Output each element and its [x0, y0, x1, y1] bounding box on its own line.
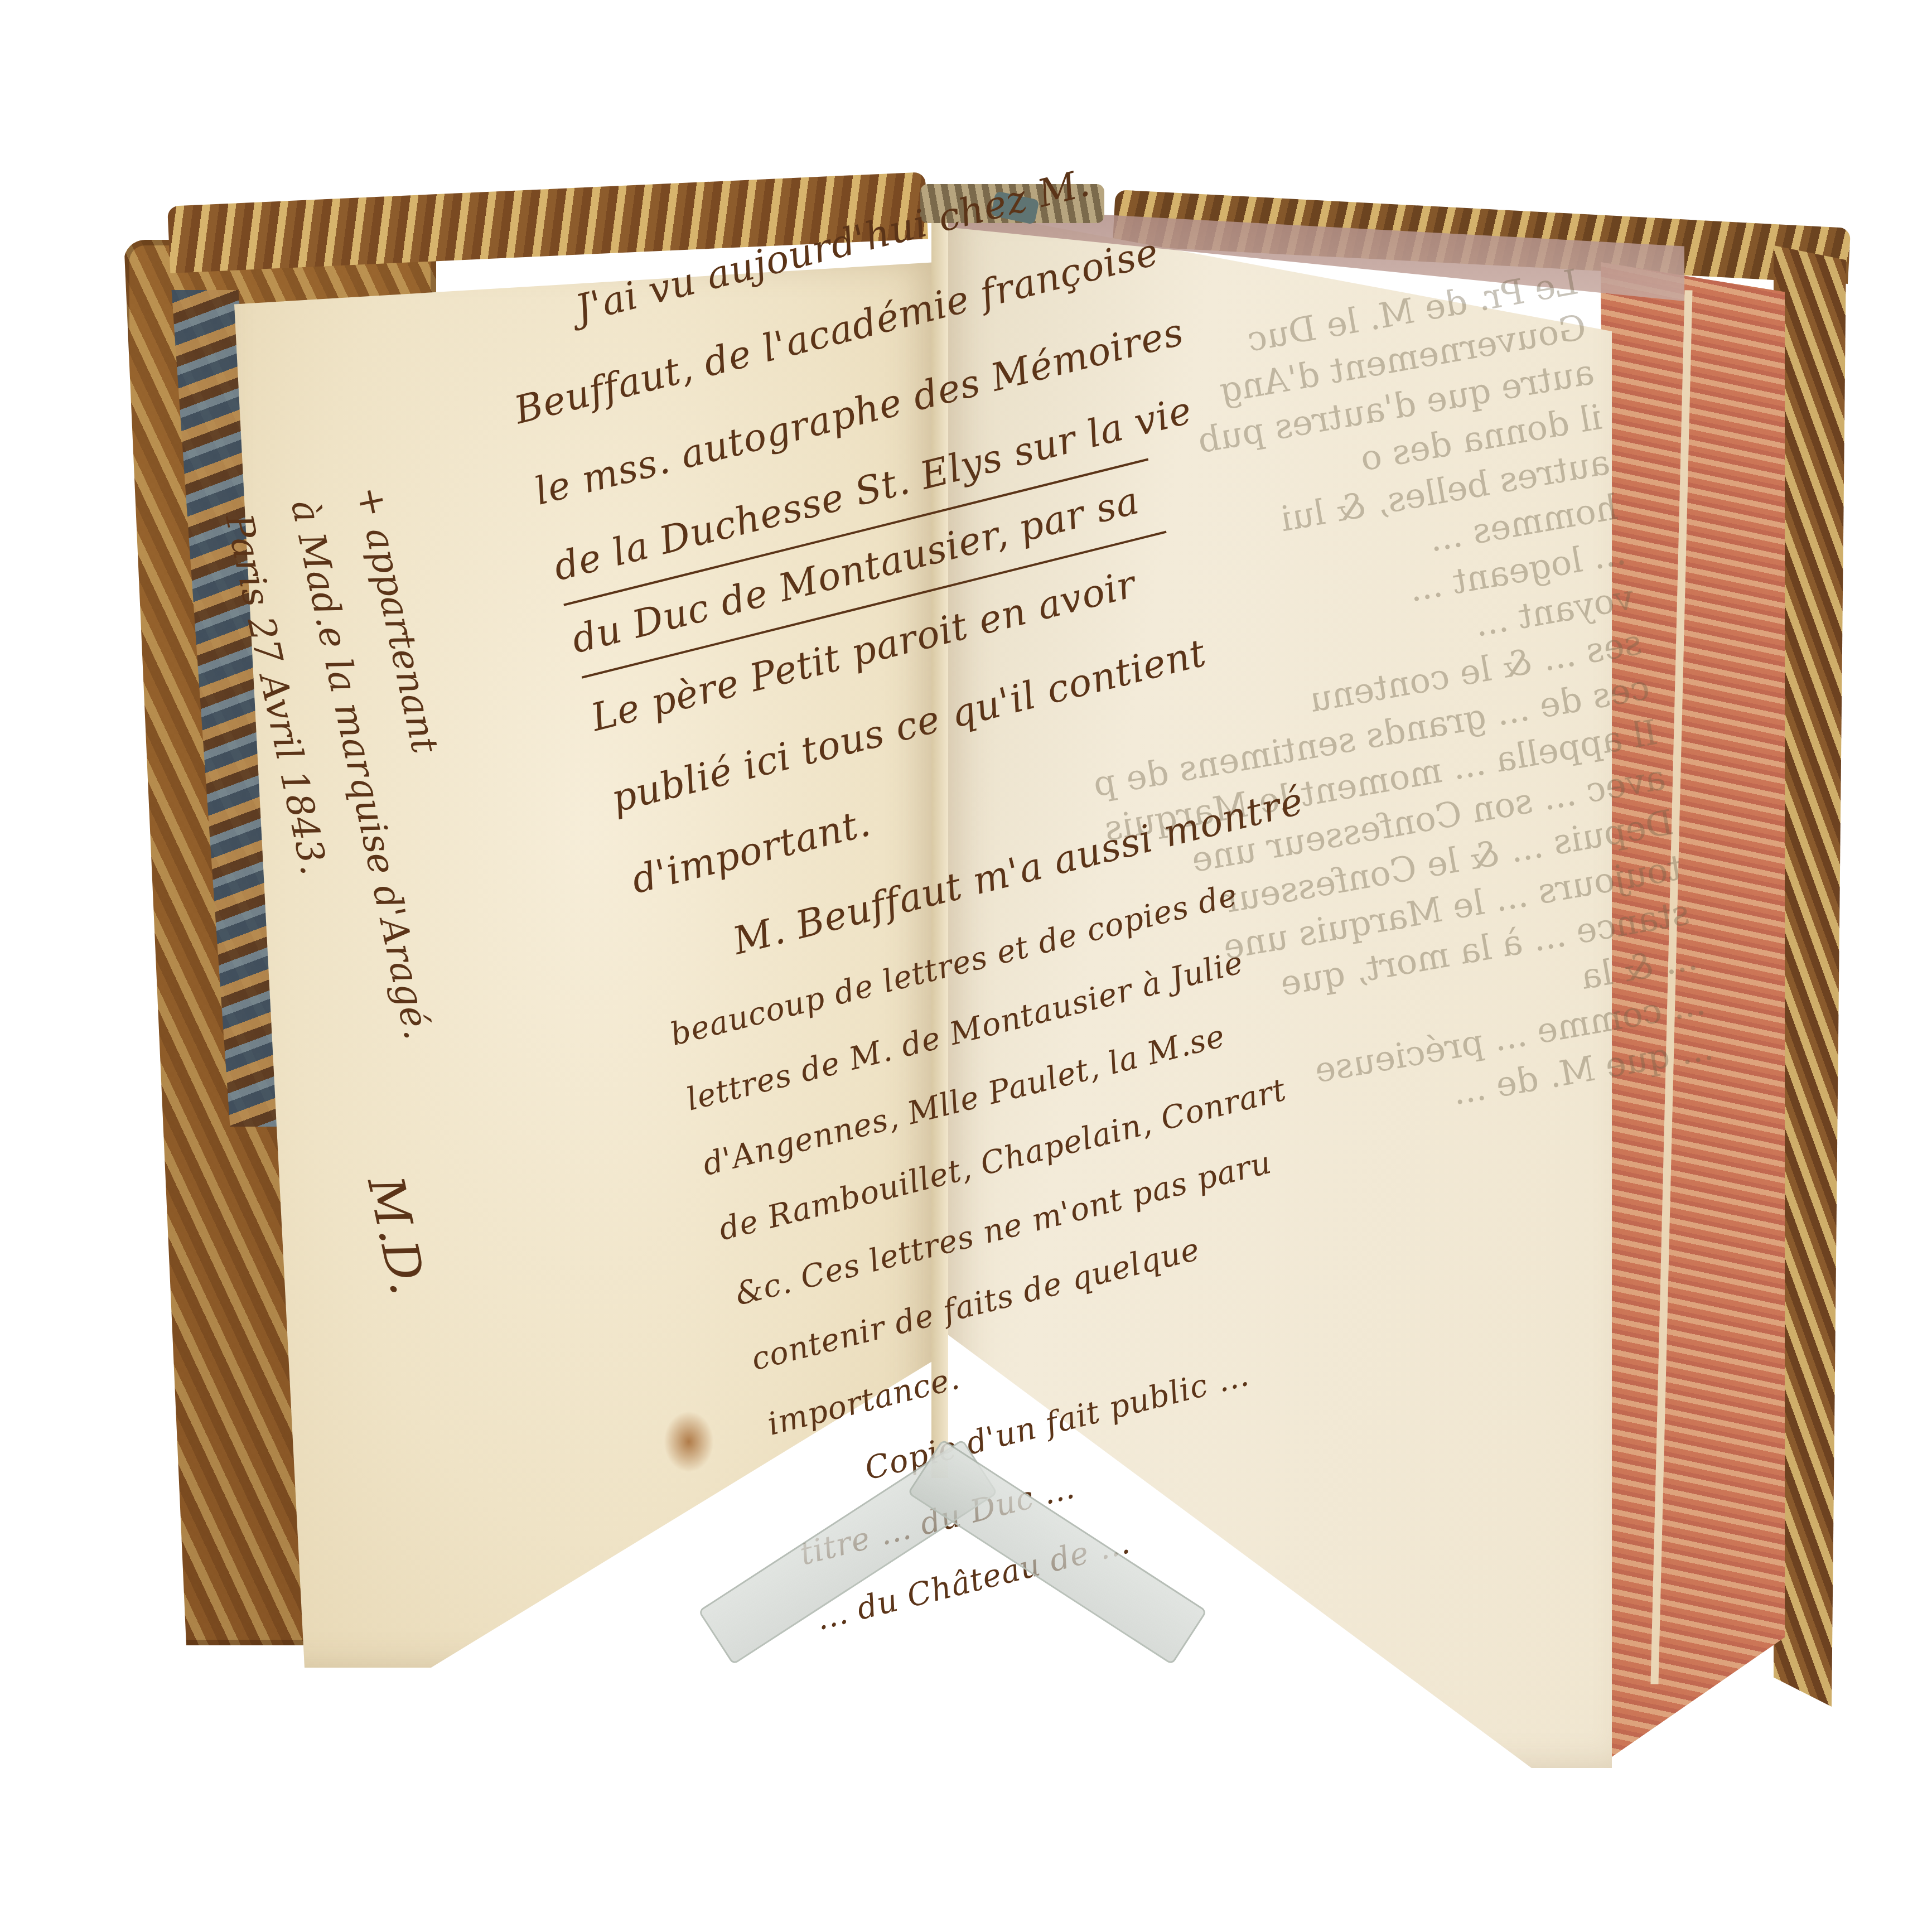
book-photo: Le Pr. de M. le Duc Gouvernement d'Ang a… [0, 0, 1932, 1932]
foxing-stain [664, 1411, 714, 1472]
